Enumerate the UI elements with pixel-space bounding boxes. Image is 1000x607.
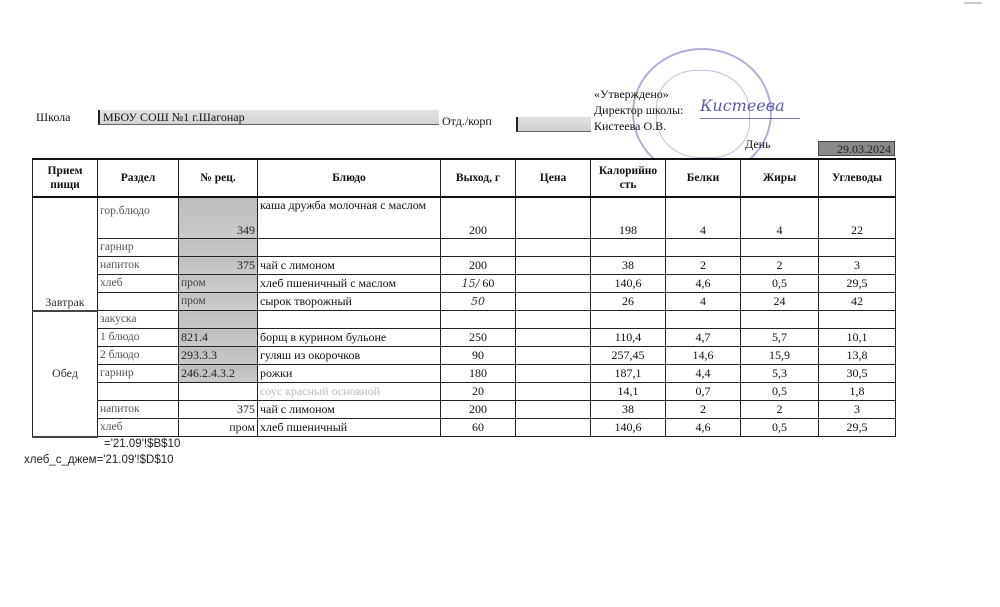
- protein-cell[interactable]: 2: [666, 401, 741, 419]
- protein-cell[interactable]: 4,6: [666, 419, 741, 437]
- dish-cell[interactable]: чай с лимоном: [258, 401, 441, 419]
- dish-cell[interactable]: чай с лимоном: [258, 257, 441, 275]
- approval-director: Директор школы:: [594, 102, 683, 118]
- yield-cell[interactable]: [441, 311, 516, 329]
- dish-cell[interactable]: хлеб пшеничный: [258, 419, 441, 437]
- price-cell[interactable]: [516, 293, 591, 311]
- recipe-cell[interactable]: пром: [179, 293, 258, 311]
- recipe-cell[interactable]: пром: [179, 275, 258, 293]
- price-cell[interactable]: [516, 419, 591, 437]
- carbs-cell[interactable]: 29,5: [819, 419, 896, 437]
- fat-cell[interactable]: [741, 311, 819, 329]
- protein-cell[interactable]: 4,7: [666, 329, 741, 347]
- table-row: промсырок творожный50 2642442: [33, 293, 896, 311]
- calories-cell[interactable]: 26: [591, 293, 666, 311]
- table-row: хлебпромхлеб пшеничный60140,64,60,529,5: [33, 419, 896, 437]
- recipe-cell[interactable]: 246.2.4.3.2: [179, 365, 258, 383]
- price-cell[interactable]: [516, 347, 591, 365]
- dept-field[interactable]: [516, 117, 591, 132]
- col-header-recipe: № рец.: [179, 159, 258, 197]
- table-row: напиток375чай с лимоном20038223: [33, 257, 896, 275]
- fat-cell[interactable]: [741, 239, 819, 257]
- formula-cell-1[interactable]: ='21.09'!$B$10: [104, 438, 180, 450]
- recipe-cell[interactable]: 821.4: [179, 329, 258, 347]
- fat-cell[interactable]: 24: [741, 293, 819, 311]
- col-header-carbs: Углеводы: [819, 159, 896, 197]
- yield-cell[interactable]: 250: [441, 329, 516, 347]
- section-cell[interactable]: напиток: [98, 401, 179, 419]
- dish-cell[interactable]: гуляш из окорочков: [258, 347, 441, 365]
- section-cell[interactable]: [98, 383, 179, 401]
- school-name-field[interactable]: МБОУ СОШ №1 г.Шагонар: [98, 110, 439, 125]
- price-cell[interactable]: [516, 257, 591, 275]
- menu-table: Прием пищи Раздел № рец. Блюдо Выход, г …: [32, 158, 896, 438]
- yield-value: 20: [472, 384, 484, 398]
- yield-value: 250: [469, 330, 487, 344]
- table-row: 1 блюдо821.4борщ в курином бульоне250110…: [33, 329, 896, 347]
- dish-cell[interactable]: [258, 239, 441, 257]
- carbs-cell[interactable]: 1,8: [819, 383, 896, 401]
- approval-block: «Утверждено» Директор школы: Кистеева О.…: [594, 86, 683, 134]
- carbs-cell[interactable]: 3: [819, 401, 896, 419]
- recipe-cell[interactable]: 293.3.3: [179, 347, 258, 365]
- formula-value: ='21.09'!$D$10: [97, 454, 174, 466]
- protein-cell[interactable]: [666, 239, 741, 257]
- table-header-row: Прием пищи Раздел № рец. Блюдо Выход, г …: [33, 159, 896, 197]
- section-cell[interactable]: хлеб: [98, 419, 179, 437]
- yield-cell[interactable]: 20: [441, 383, 516, 401]
- calories-cell[interactable]: 110,4: [591, 329, 666, 347]
- fat-cell[interactable]: 0,5: [741, 383, 819, 401]
- handwritten-note: 15/: [462, 277, 480, 290]
- protein-cell[interactable]: 0,7: [666, 383, 741, 401]
- approval-title: «Утверждено»: [594, 86, 683, 102]
- calories-cell[interactable]: [591, 239, 666, 257]
- recipe-cell[interactable]: [179, 311, 258, 329]
- dish-cell[interactable]: каша дружба молочная с маслом: [258, 197, 441, 239]
- formula-cell-2[interactable]: хлеб_с_джем='21.09'!$D$10: [24, 454, 174, 466]
- calories-cell[interactable]: 140,6: [591, 275, 666, 293]
- dept-label: Отд./корп: [442, 114, 492, 129]
- carbs-cell[interactable]: 29,5: [819, 275, 896, 293]
- price-cell[interactable]: [516, 401, 591, 419]
- price-cell[interactable]: [516, 275, 591, 293]
- dish-cell[interactable]: рожки: [258, 365, 441, 383]
- section-cell[interactable]: закуска: [98, 311, 179, 329]
- protein-cell[interactable]: [666, 311, 741, 329]
- dish-cell[interactable]: соус красный основной: [258, 383, 441, 401]
- calories-cell[interactable]: 198: [591, 197, 666, 239]
- recipe-cell[interactable]: [179, 239, 258, 257]
- yield-cell[interactable]: 200: [441, 257, 516, 275]
- recipe-cell[interactable]: пром: [179, 419, 258, 437]
- recipe-cell[interactable]: [179, 383, 258, 401]
- scan-mark: [964, 2, 982, 4]
- calories-cell[interactable]: 257,45: [591, 347, 666, 365]
- fat-cell[interactable]: 5,3: [741, 365, 819, 383]
- section-cell[interactable]: напиток: [98, 257, 179, 275]
- yield-value: 90: [472, 348, 484, 362]
- carbs-cell[interactable]: 13,8: [819, 347, 896, 365]
- signature-icon: Кистеева: [700, 96, 800, 119]
- col-header-dish: Блюдо: [258, 159, 441, 197]
- col-header-price: Цена: [516, 159, 591, 197]
- yield-value: 60: [472, 420, 484, 434]
- fat-cell[interactable]: 0,5: [741, 275, 819, 293]
- fat-cell[interactable]: 5,7: [741, 329, 819, 347]
- yield-cell[interactable]: 180: [441, 365, 516, 383]
- section-cell[interactable]: гор.блюдо: [98, 197, 179, 239]
- table-row: напиток375чай с лимоном20038223: [33, 401, 896, 419]
- col-header-yield: Выход, г: [441, 159, 516, 197]
- yield-cell[interactable]: 90: [441, 347, 516, 365]
- calories-cell[interactable]: 38: [591, 401, 666, 419]
- table-row: соус красный основной2014,10,70,51,8: [33, 383, 896, 401]
- fat-cell[interactable]: 0,5: [741, 419, 819, 437]
- carbs-cell[interactable]: 22: [819, 197, 896, 239]
- table-row: гарнир246.2.4.3.2рожки180187,14,45,330,5: [33, 365, 896, 383]
- date-field[interactable]: 29.03.2024: [818, 141, 895, 156]
- section-cell[interactable]: хлеб: [98, 275, 179, 293]
- calories-cell[interactable]: 38: [591, 257, 666, 275]
- carbs-cell[interactable]: [819, 239, 896, 257]
- price-cell[interactable]: [516, 239, 591, 257]
- meal-name: Обед: [33, 311, 98, 437]
- handwritten-note: 50: [471, 295, 485, 308]
- carbs-cell[interactable]: 42: [819, 293, 896, 311]
- recipe-cell[interactable]: 375: [179, 401, 258, 419]
- yield-cell[interactable]: 200: [441, 401, 516, 419]
- yield-value: 200: [469, 258, 487, 272]
- dish-cell[interactable]: сырок творожный: [258, 293, 441, 311]
- carbs-cell[interactable]: 10,1: [819, 329, 896, 347]
- dish-cell[interactable]: борщ в курином бульоне: [258, 329, 441, 347]
- table-row: 2 блюдо293.3.3гуляш из окорочков90257,45…: [33, 347, 896, 365]
- protein-cell[interactable]: 2: [666, 257, 741, 275]
- meal-name: Завтрак: [33, 197, 98, 311]
- col-header-fat: Жиры: [741, 159, 819, 197]
- calories-cell[interactable]: [591, 311, 666, 329]
- yield-cell[interactable]: 50: [441, 293, 516, 311]
- table-row: Обедзакуска: [33, 311, 896, 329]
- carbs-cell[interactable]: 3: [819, 257, 896, 275]
- carbs-cell[interactable]: 30,5: [819, 365, 896, 383]
- protein-cell[interactable]: 4: [666, 197, 741, 239]
- price-cell[interactable]: [516, 383, 591, 401]
- price-cell[interactable]: [516, 365, 591, 383]
- school-label: Школа: [36, 110, 70, 125]
- protein-cell[interactable]: 4: [666, 293, 741, 311]
- calories-cell[interactable]: 187,1: [591, 365, 666, 383]
- yield-cell[interactable]: 60: [441, 419, 516, 437]
- table-row: гарнир: [33, 239, 896, 257]
- calories-cell[interactable]: 140,6: [591, 419, 666, 437]
- yield-value: 200: [469, 402, 487, 416]
- fat-cell[interactable]: 2: [741, 401, 819, 419]
- protein-cell[interactable]: 14,6: [666, 347, 741, 365]
- carbs-cell[interactable]: [819, 311, 896, 329]
- table-row: хлебпромхлеб пшеничный с маслом15/ 60140…: [33, 275, 896, 293]
- yield-value: 180: [469, 366, 487, 380]
- yield-cell[interactable]: 200: [441, 197, 516, 239]
- dish-cell[interactable]: хлеб пшеничный с маслом: [258, 275, 441, 293]
- protein-cell[interactable]: 4,4: [666, 365, 741, 383]
- price-cell[interactable]: [516, 329, 591, 347]
- price-cell[interactable]: [516, 197, 591, 239]
- yield-value: 200: [469, 223, 487, 237]
- yield-cell[interactable]: [441, 239, 516, 257]
- yield-cell[interactable]: 15/ 60: [441, 275, 516, 293]
- fat-cell[interactable]: 2: [741, 257, 819, 275]
- section-cell[interactable]: [98, 293, 179, 311]
- table-row: Завтракгор.блюдо349каша дружба молочная …: [33, 197, 896, 239]
- formula-name: хлеб_с_джем: [24, 454, 97, 466]
- fat-cell[interactable]: 15,9: [741, 347, 819, 365]
- price-cell[interactable]: [516, 311, 591, 329]
- col-header-meal: Прием пищи: [33, 159, 98, 197]
- col-header-section: Раздел: [98, 159, 179, 197]
- day-label: День: [745, 137, 771, 152]
- fat-cell[interactable]: 4: [741, 197, 819, 239]
- yield-value: 60: [482, 276, 494, 290]
- calories-cell[interactable]: 14,1: [591, 383, 666, 401]
- section-cell[interactable]: гарнир: [98, 365, 179, 383]
- col-header-protein: Белки: [666, 159, 741, 197]
- section-cell[interactable]: 1 блюдо: [98, 329, 179, 347]
- col-header-calories: Калорийно сть: [591, 159, 666, 197]
- section-cell[interactable]: гарнир: [98, 239, 179, 257]
- approval-name: Кистеева О.В.: [594, 118, 683, 134]
- recipe-cell[interactable]: 349: [179, 197, 258, 239]
- recipe-cell[interactable]: 375: [179, 257, 258, 275]
- protein-cell[interactable]: 4,6: [666, 275, 741, 293]
- dish-cell[interactable]: [258, 311, 441, 329]
- section-cell[interactable]: 2 блюдо: [98, 347, 179, 365]
